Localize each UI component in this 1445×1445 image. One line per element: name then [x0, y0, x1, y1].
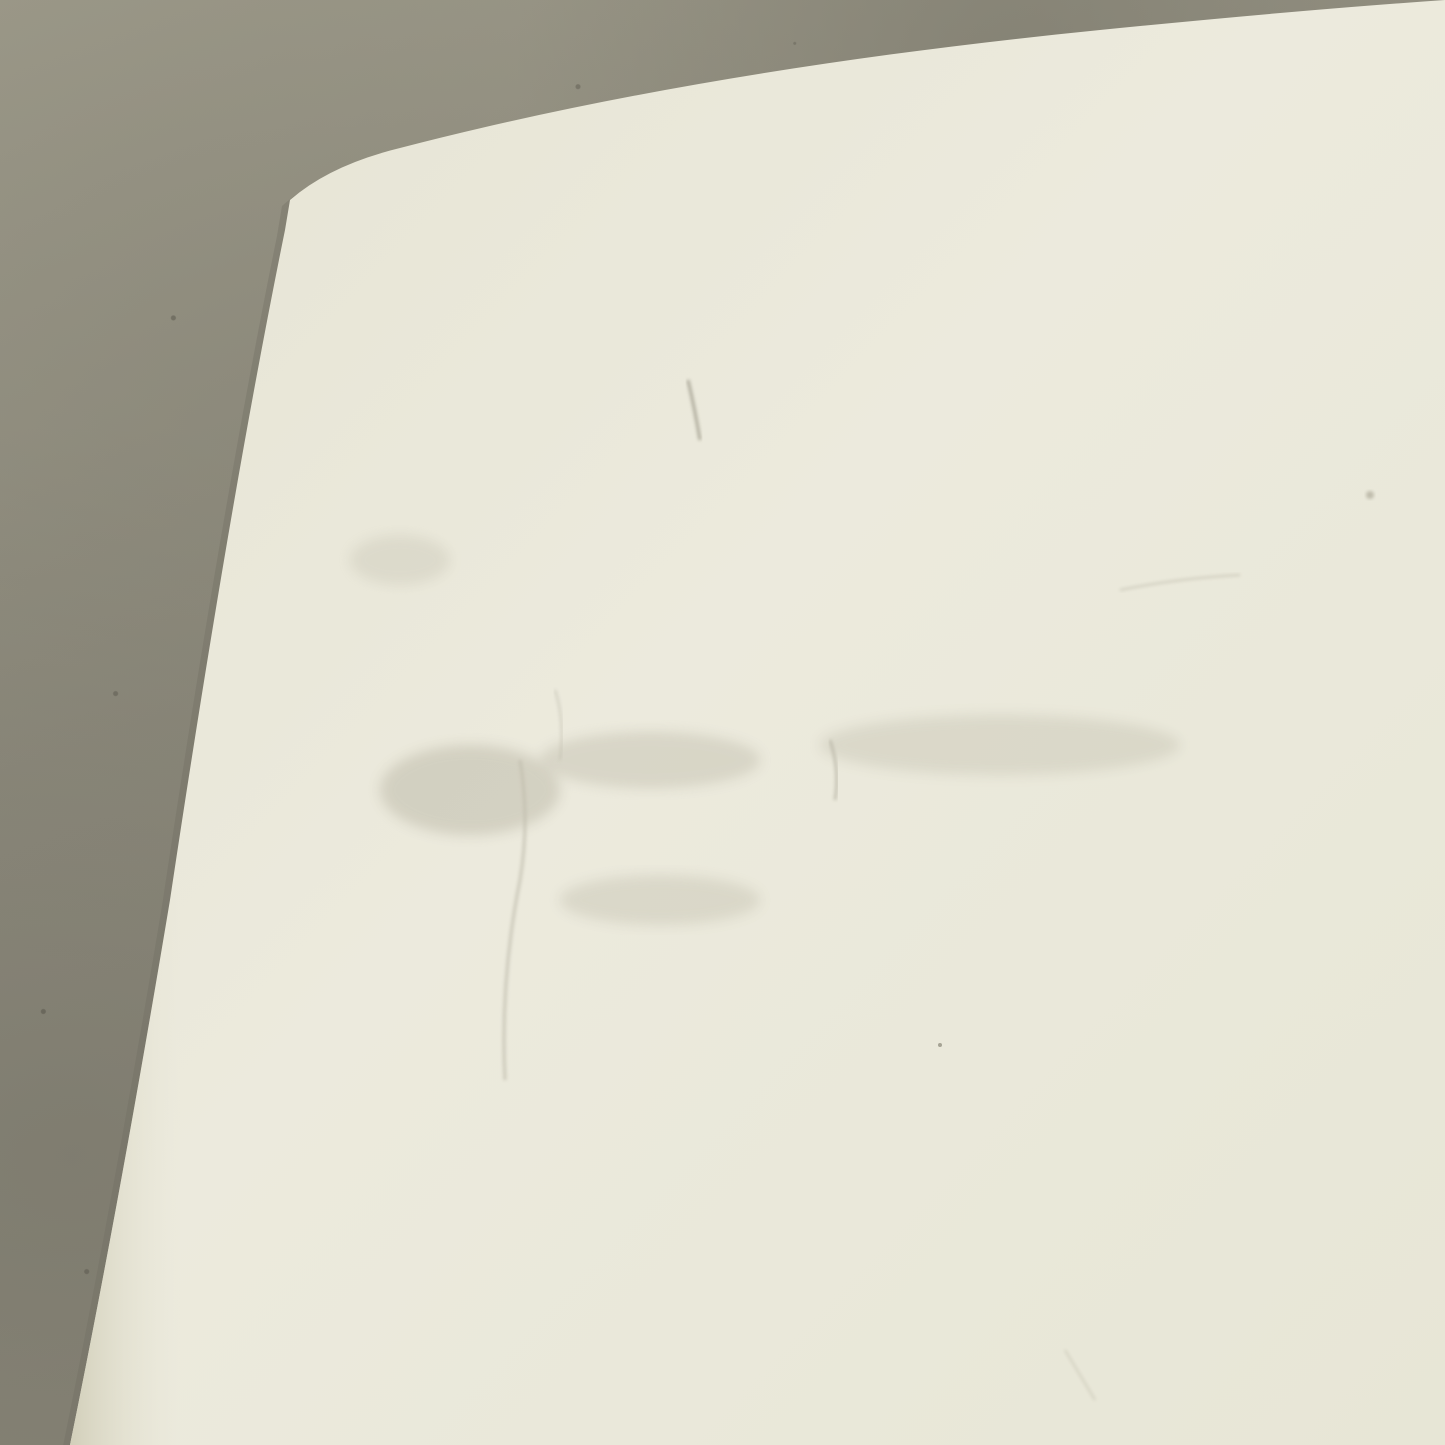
- paper-card: [0, 0, 1445, 1445]
- photo-scene: [0, 0, 1445, 1445]
- card-shape: [0, 0, 1445, 1445]
